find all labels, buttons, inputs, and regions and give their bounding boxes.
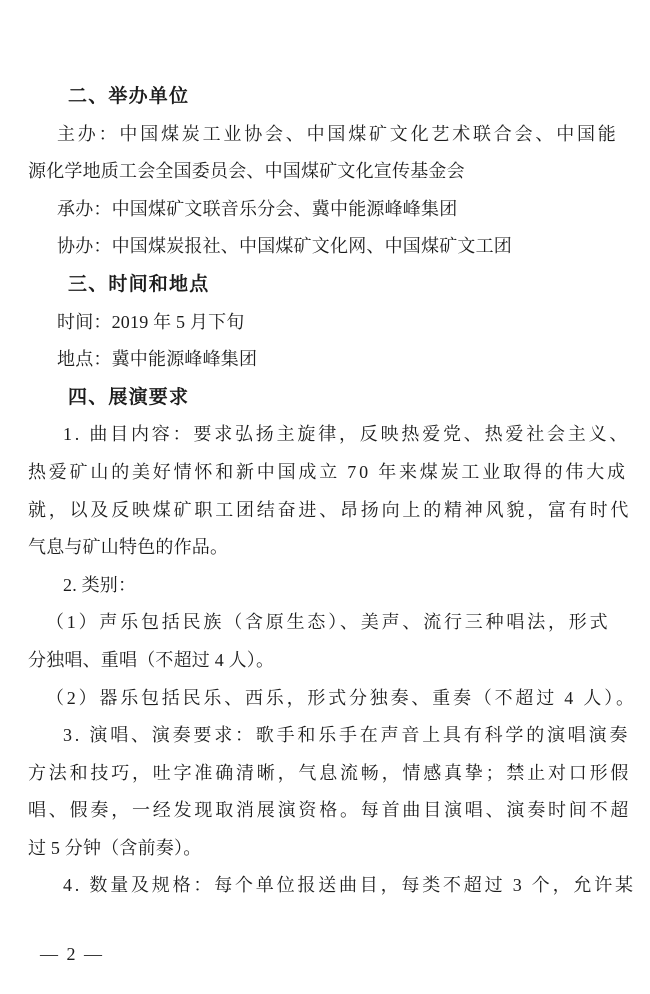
document-body: 二、举办单位 主办：中国煤炭工业协会、中国煤矿文化艺术联合会、中国能 源化学地质… xyxy=(28,78,634,905)
doc-line: 协办：中国煤炭报社、中国煤矿文化网、中国煤矿文工团 xyxy=(28,228,634,266)
doc-line: 气息与矿山特色的作品。 xyxy=(28,529,634,567)
doc-line: 4. 数量及规格：每个单位报送曲目，每类不超过 3 个，允许某 xyxy=(28,867,634,905)
doc-line: 方法和技巧，吐字准确清晰，气息流畅，情感真挚；禁止对口形假 xyxy=(28,755,634,793)
doc-line: 热爱矿山的美好情怀和新中国成立 70 年来煤炭工业取得的伟大成 xyxy=(28,454,634,492)
doc-line: 2. 类别： xyxy=(28,567,634,605)
doc-line: 地点：冀中能源峰峰集团 xyxy=(28,341,634,379)
doc-line: 3. 演唱、演奏要求：歌手和乐手在声音上具有科学的演唱演奏 xyxy=(28,717,634,755)
doc-line: 时间：2019 年 5 月下旬 xyxy=(28,304,634,342)
doc-line: 承办：中国煤矿文联音乐分会、冀中能源峰峰集团 xyxy=(28,191,634,229)
doc-line: 就，以及反映煤矿职工团结奋进、昂扬向上的精神风貌，富有时代 xyxy=(28,492,634,530)
doc-line: 过 5 分钟（含前奏）。 xyxy=(28,830,634,868)
section-heading-organizers: 二、举办单位 xyxy=(28,78,634,116)
doc-line: 唱、假奏，一经发现取消展演资格。每首曲目演唱、演奏时间不超 xyxy=(28,792,634,830)
doc-line: （1）声乐包括民族（含原生态）、美声、流行三种唱法，形式 xyxy=(28,604,634,642)
page-number: — 2 — xyxy=(40,944,104,965)
document-page: 二、举办单位 主办：中国煤炭工业协会、中国煤矿文化艺术联合会、中国能 源化学地质… xyxy=(0,0,650,994)
section-heading-time-place: 三、时间和地点 xyxy=(28,266,634,304)
doc-line: 1. 曲目内容：要求弘扬主旋律，反映热爱党、热爱社会主义、 xyxy=(28,416,634,454)
section-heading-requirements: 四、展演要求 xyxy=(28,379,634,417)
doc-line: （2）器乐包括民乐、西乐，形式分独奏、重奏（不超过 4 人）。 xyxy=(28,680,634,718)
doc-line: 源化学地质工会全国委员会、中国煤矿文化宣传基金会 xyxy=(28,153,634,191)
doc-line: 分独唱、重唱（不超过 4 人）。 xyxy=(28,642,634,680)
doc-line: 主办：中国煤炭工业协会、中国煤矿文化艺术联合会、中国能 xyxy=(28,116,634,154)
